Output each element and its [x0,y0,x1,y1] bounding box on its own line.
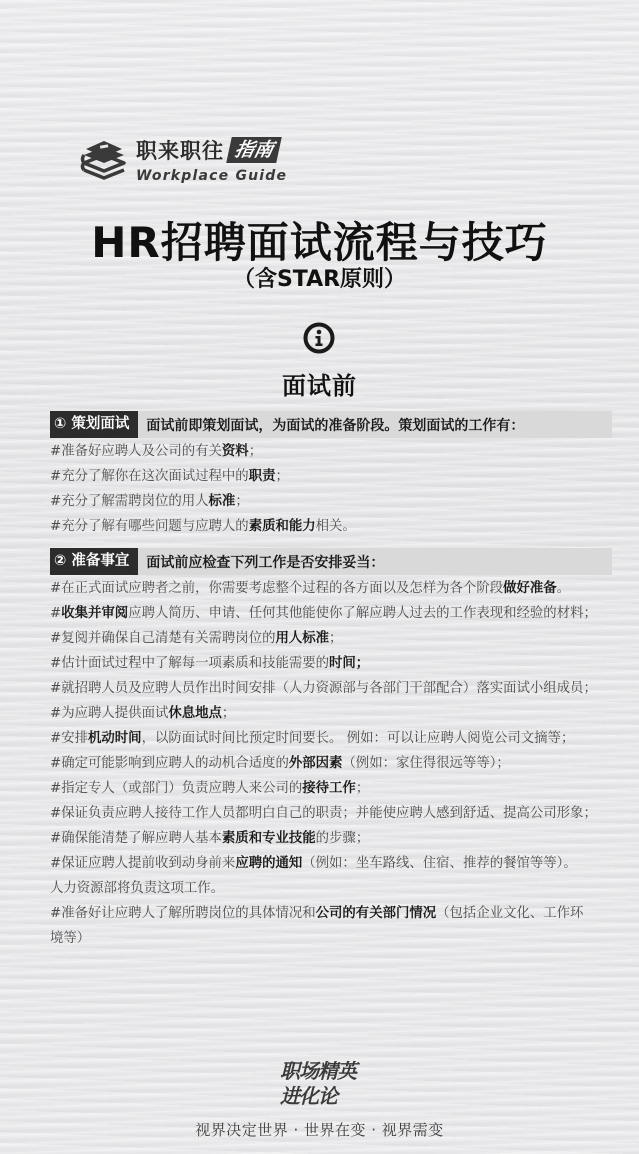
item-text: #准备好让应聘人了解所聘岗位的具体情况和 [50,906,316,921]
list-item: #为应聘人提供面试休息地点； [50,701,612,726]
item-text: #确定可能影响到应聘人的动机合适度的 [50,756,289,771]
item-text: 境等） [50,931,90,946]
item-text: #估计面试过程中了解每一项素质和技能需要的 [50,656,329,671]
item-text: （包括企业文化、工作环 [436,906,583,921]
list-item: #在正式面试应聘者之前，你需要考虑整个过程的各方面以及怎样为各个阶段做好准备。 [50,576,612,601]
item-text: ； [222,706,235,721]
info-icon [303,322,335,354]
footer-logo: 职场精英 进化论 [280,1055,360,1105]
footer-logo-line2: 进化论 [280,1080,360,1109]
item-text: #为应聘人提供面试 [50,706,168,721]
emphasis-text: 素质和能力 [249,519,316,534]
list-item: #充分了解需聘岗位的用人标准； [50,489,612,514]
list-item: #就招聘人员及应聘人员作出时间安排（人力资源部与各部门干部配合）落实面试小组成员… [50,676,612,701]
emphasis-text: 机动时间 [88,731,142,746]
item-text: #准备好应聘人及公司的有关 [50,444,222,459]
list-item: #准备好让应聘人了解所聘岗位的具体情况和公司的有关部门情况（包括企业文化、工作环 [50,901,612,926]
item-text: ，以防面试时间比预定时间要长。 例如：可以让应聘人阅览公司文摘等； [142,731,575,746]
emphasis-text: 公司的有关部门情况 [316,906,437,921]
list-item: #准备好应聘人及公司的有关资料； [50,439,612,464]
list-item: #指定专人（或部门）负责应聘人来公司的接待工作； [50,776,612,801]
list-item: #充分了解你在这次面试过程中的职责； [50,464,612,489]
emphasis-text: 做好准备 [503,581,557,596]
emphasis-text: 接待工作 [302,781,356,796]
item-text: #安排 [50,731,88,746]
item-list: #在正式面试应聘者之前，你需要考虑整个过程的各方面以及怎样为各个阶段做好准备。#… [50,576,612,951]
list-item: #保证应聘人提前收到动身前来应聘的通知（例如：坐车路线、住宿、推荐的餐馆等等）。 [50,851,612,876]
brand-name-cn: 职来职往 [136,135,224,165]
block-description: 面试前即策划面试，为面试的准备阶段。策划面试的工作有： [138,415,524,435]
emphasis-text: 收集并审阅 [61,606,128,621]
list-item: #确定可能影响到应聘人的动机合适度的外部因素（例如：家住得很远等等）； [50,751,612,776]
list-item: 境等） [50,926,612,951]
emphasis-text: 资料 [222,444,249,459]
item-text: # [50,606,61,621]
footer-slogan: 视界决定世界 · 世界在变 · 视界需变 [0,1119,639,1140]
item-text: ； [356,781,369,796]
block-label: ② 准备事宜 [50,548,138,575]
emphasis-text: 用人标准 [275,631,329,646]
item-text: #充分了解你在这次面试过程中的 [50,469,249,484]
block-planning-interview: ① 策划面试 面试前即策划面试，为面试的准备阶段。策划面试的工作有： #准备好应… [50,411,612,539]
emphasis-text: 标准 [209,494,236,509]
block-label: ① 策划面试 [50,411,138,438]
item-text: #确保能清楚了解应聘人基本 [50,831,222,846]
brand-logo: 职来职往 指南 Workplace Guide [78,133,287,185]
item-text: #充分了解需聘岗位的用人 [50,494,209,509]
item-text: 。 [557,581,570,596]
section-heading: 面试前 [0,366,639,401]
item-text: 应聘人简历、申请、任何其他能使你了解应聘人过去的工作表现和经验的材料； [128,606,597,621]
item-text: #就招聘人员及应聘人员作出时间安排（人力资源部与各部门干部配合）落实面试小组成员… [50,681,597,696]
item-text: #保证应聘人提前收到动身前来 [50,856,235,871]
item-text: ； [275,469,288,484]
list-item: #保证负责应聘人接待工作人员都明白自己的职责；并能使应聘人感到舒适、提高公司形象… [50,801,612,826]
emphasis-text: 应聘的通知 [235,856,302,871]
block-description: 面试前应检查下列工作是否安排妥当： [138,552,384,572]
item-text: 相关。 [316,519,356,534]
item-text: #充分了解有哪些问题与应聘人的 [50,519,249,534]
item-text: 人力资源部将负责这项工作。 [50,881,224,896]
item-text: ； [329,631,342,646]
emphasis-text: 职责 [249,469,276,484]
block-header: ① 策划面试 面试前即策划面试，为面试的准备阶段。策划面试的工作有： [50,411,612,438]
list-item: #确保能清楚了解应聘人基本素质和专业技能的步骤； [50,826,612,851]
item-text: ； [249,444,262,459]
list-item: #复阅并确保自己清楚有关需聘岗位的用人标准； [50,626,612,651]
item-text: 的步骤； [316,831,370,846]
books-stack-icon [78,133,130,185]
item-list: #准备好应聘人及公司的有关资料；#充分了解你在这次面试过程中的职责；#充分了解需… [50,439,612,539]
item-text: #保证负责应聘人接待工作人员都明白自己的职责；并能使应聘人感到舒适、提高公司形象… [50,806,597,821]
list-item: #安排机动时间，以防面试时间比预定时间要长。 例如：可以让应聘人阅览公司文摘等； [50,726,612,751]
emphasis-text: 时间； [329,656,369,671]
item-text: （例如：坐车路线、住宿、推荐的餐馆等等）。 [302,856,577,871]
item-text: #指定专人（或部门）负责应聘人来公司的 [50,781,302,796]
item-text: ； [235,494,248,509]
block-preparation: ② 准备事宜 面试前应检查下列工作是否安排妥当： #在正式面试应聘者之前，你需要… [50,548,612,951]
list-item: #估计面试过程中了解每一项素质和技能需要的时间； [50,651,612,676]
item-text: #在正式面试应聘者之前，你需要考虑整个过程的各方面以及怎样为各个阶段 [50,581,503,596]
item-text: #复阅并确保自己清楚有关需聘岗位的 [50,631,275,646]
emphasis-text: 休息地点 [168,706,222,721]
list-item: 人力资源部将负责这项工作。 [50,876,612,901]
list-item: #收集并审阅应聘人简历、申请、任何其他能使你了解应聘人过去的工作表现和经验的材料… [50,601,612,626]
page-title: HR招聘面试流程与技巧 [0,210,639,270]
page: 职来职往 指南 Workplace Guide HR招聘面试流程与技巧 （含ST… [0,0,639,1154]
item-text: （例如：家住得很远等等）； [342,756,509,771]
emphasis-text: 素质和专业技能 [222,831,316,846]
block-header: ② 准备事宜 面试前应检查下列工作是否安排妥当： [50,548,612,575]
brand-tag: 指南 [226,137,282,163]
list-item: #充分了解有哪些问题与应聘人的素质和能力相关。 [50,514,612,539]
emphasis-text: 外部因素 [289,756,343,771]
page-subtitle: （含STAR原则） [0,262,639,293]
brand-name-en: Workplace Guide [136,168,287,184]
